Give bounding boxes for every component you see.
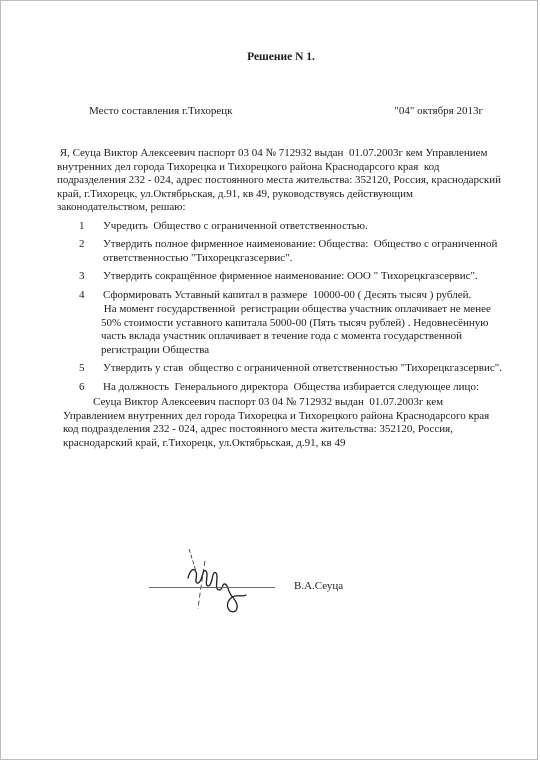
place-and-date-row: Место составления г.Тихорецк "04" октябр…	[89, 105, 483, 119]
document-date: "04" октября 2013г	[394, 105, 483, 119]
director-passport-paragraph: Сеуца Виктор Алексеевич паспорт 03 04 № …	[63, 396, 505, 450]
signature-name: В.А.Сеуца	[294, 580, 343, 594]
list-item-text: Утвердить полное фирменное наименование:…	[103, 238, 505, 265]
list-item-text: Сформировать Уставный капитал в размере …	[103, 289, 505, 303]
list-item-number: 6	[79, 381, 103, 395]
list-item: 5 Утвердить у став общество с ограниченн…	[57, 362, 505, 376]
signature-line	[149, 587, 275, 588]
list-item-number: 2	[79, 238, 103, 265]
list-item-number: 3	[79, 270, 103, 284]
list-item-text: Учредить Общество с ограниченной ответст…	[103, 220, 505, 234]
place-of-drafting: Место составления г.Тихорецк	[89, 105, 233, 119]
document-page: Решение N 1. Место составления г.Тихорец…	[0, 0, 538, 760]
preamble-paragraph: Я, Сеуца Виктор Алексеевич паспорт 03 04…	[57, 147, 505, 215]
document-content: Решение N 1. Место составления г.Тихорец…	[1, 1, 537, 630]
decision-list: 1 Учредить Общество с ограниченной ответ…	[57, 220, 505, 451]
list-item: 4 Сформировать Уставный капитал в размер…	[57, 289, 505, 303]
list-item: 2 Утвердить полное фирменное наименовани…	[57, 238, 505, 265]
list-item-text: Утвердить у став общество с ограниченной…	[103, 362, 505, 376]
list-item-text: На должность Генерального директора Обще…	[103, 381, 505, 395]
signature-scribble	[177, 545, 277, 625]
list-item-number: 4	[79, 289, 103, 303]
capital-payment-paragraph: На момент государственной регистрации об…	[101, 303, 505, 357]
list-item-text: Утвердить сокращённое фирменное наименов…	[103, 270, 505, 284]
list-item-number: 5	[79, 362, 103, 376]
document-title: Решение N 1.	[57, 51, 505, 65]
list-item: 1 Учредить Общество с ограниченной ответ…	[57, 220, 505, 234]
list-item: 3 Утвердить сокращённое фирменное наимен…	[57, 270, 505, 284]
signature-block: В.А.Сеуца	[57, 545, 505, 630]
list-item: 6 На должность Генерального директора Об…	[57, 381, 505, 395]
list-item-number: 1	[79, 220, 103, 234]
